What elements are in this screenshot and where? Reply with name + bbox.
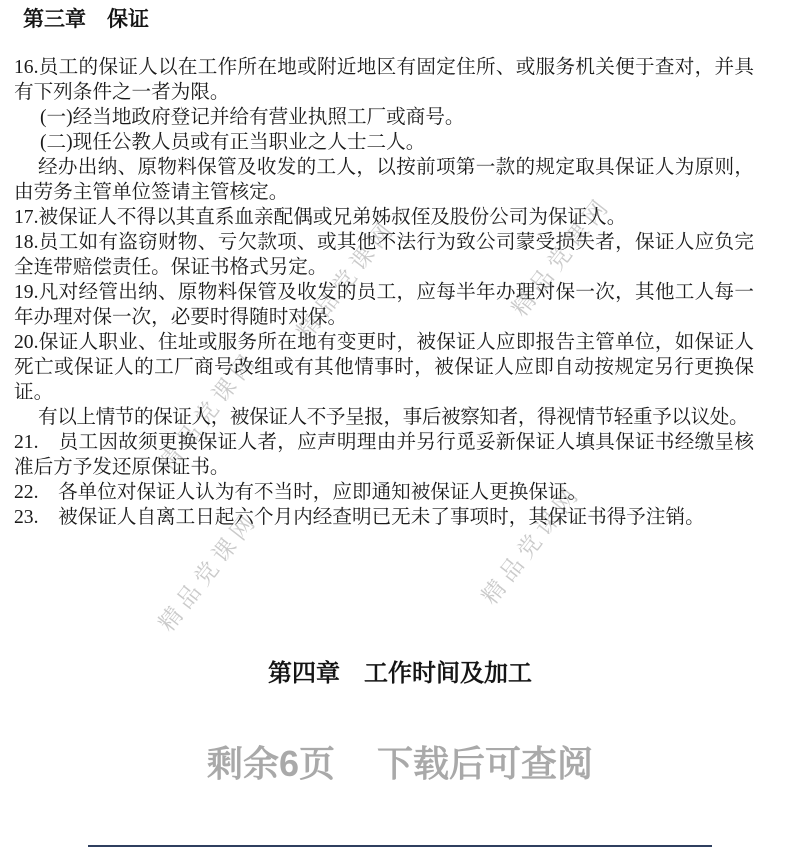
paragraph: 22. 各单位对保证人认为有不当时，应即通知被保证人更换保证。	[14, 480, 754, 505]
paragraph: 19.凡对经管出纳、原物料保管及收发的员工，应每半年办理对保一次，其他工人每一年…	[14, 280, 754, 330]
paragraph: 16.员工的保证人以在工作所在地或附近地区有固定住所、或服务机关便于查对，并具有…	[14, 55, 754, 105]
document-body: 16.员工的保证人以在工作所在地或附近地区有固定住所、或服务机关便于查对，并具有…	[14, 55, 754, 530]
document-content: 第三章 保证 16.员工的保证人以在工作所在地或附近地区有固定住所、或服务机关便…	[0, 6, 800, 784]
paragraph: 21. 员工因故须更换保证人者，应声明理由并另行觅妥新保证人填具保证书经缴呈核准…	[14, 430, 754, 480]
chapter-4-heading: 第四章 工作时间及加工	[0, 660, 800, 688]
preview-notice: 剩余6页下载后可查阅	[0, 744, 800, 784]
paragraph: (一)经当地政府登记并给有营业执照工厂或商号。	[14, 105, 754, 130]
paragraph: 23. 被保证人自离工日起六个月内经查明已无未了事项时，其保证书得予注销。	[14, 505, 754, 530]
paragraph: 有以上情节的保证人，被保证人不予呈报，事后被察知者，得视情节轻重予以议处。	[14, 405, 754, 430]
download-hint-label: 下载后可查阅	[377, 743, 593, 784]
chapter-3-heading: 第三章 保证	[23, 6, 800, 32]
paragraph: 20.保证人职业、住址或服务所在地有变更时，被保证人应即报告主管单位，如保证人死…	[14, 330, 754, 405]
paragraph: 经办出纳、原物料保管及收发的工人，以按前项第一款的规定取具保证人为原则，由劳务主…	[14, 155, 754, 205]
remaining-pages-label: 剩余6页	[207, 743, 335, 784]
paragraph: 17.被保证人不得以其直系血亲配偶或兄弟姊叔侄及股份公司为保证人。	[14, 205, 754, 230]
document-preview-page: 精品党课网精品党课网精品党课网精品党课网精品党课网 第三章 保证 16.员工的保…	[0, 0, 800, 847]
paragraph: (二)现任公教人员或有正当职业之人士二人。	[14, 130, 754, 155]
paragraph: 18.员工如有盗窃财物、亏欠款项、或其他不法行为致公司蒙受损失者，保证人应负完全…	[14, 230, 754, 280]
